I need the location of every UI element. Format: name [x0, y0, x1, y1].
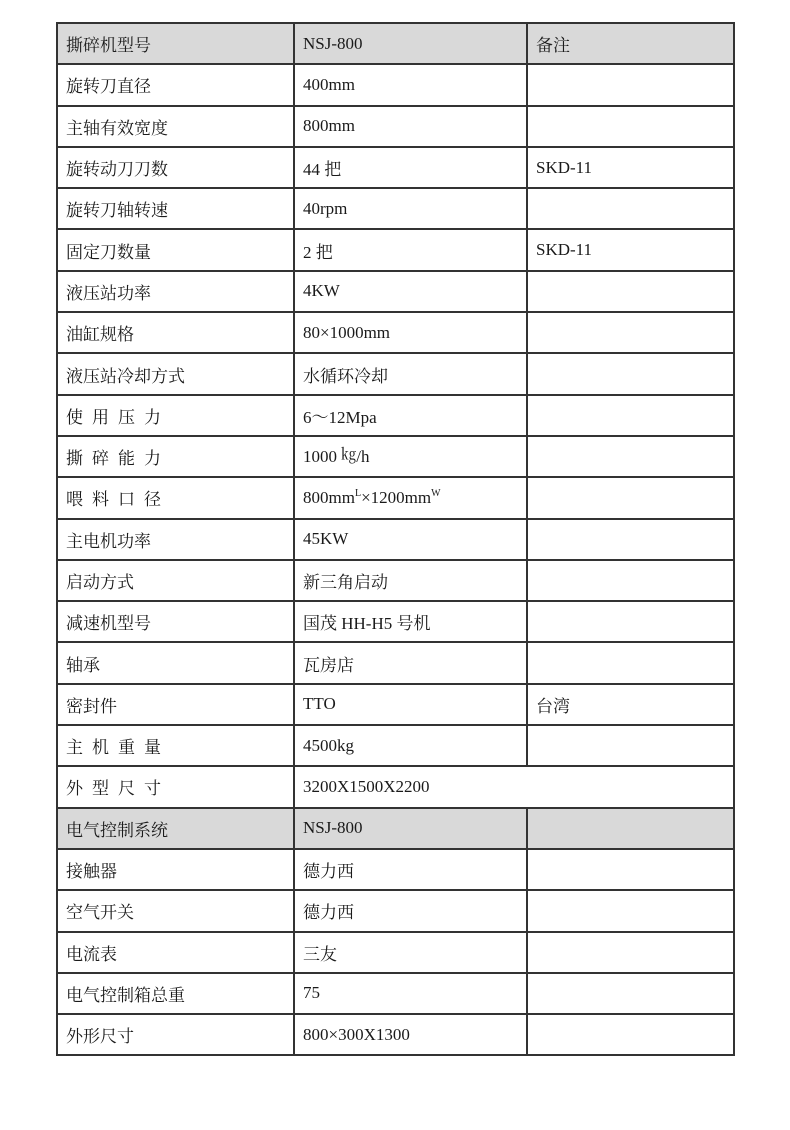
table-row: 启动方式 新三角启动: [57, 560, 734, 601]
row-value: 2 把: [294, 229, 527, 270]
row-note: [527, 849, 734, 890]
table-row: 减速机型号 国茂 HH-H5 号机: [57, 601, 734, 642]
row-value: 4500kg: [294, 725, 527, 766]
table-row: 旋转动刀刀数 44 把 SKD-11: [57, 147, 734, 188]
row-value: 40rpm: [294, 188, 527, 229]
row-note: [527, 353, 734, 394]
row-value: 1000 ㎏/h: [294, 436, 527, 477]
row-value: 6～12Mpa: [294, 395, 527, 436]
table-row: 旋转刀直径 400mm: [57, 64, 734, 105]
table-row: 液压站功率 4KW: [57, 271, 734, 312]
row-value: 德力西: [294, 849, 527, 890]
row-note: SKD-11: [527, 229, 734, 270]
row-value: 800mmL×1200mmW: [294, 477, 527, 518]
row-value: 80×1000mm: [294, 312, 527, 353]
row-value: 75: [294, 973, 527, 1014]
table-row: 电流表 三友: [57, 932, 734, 973]
header-label-cell: 撕碎机型号: [57, 23, 294, 64]
row-note: 台湾: [527, 684, 734, 725]
row-value: 800mm: [294, 106, 527, 147]
table-row: 轴承 瓦房店: [57, 642, 734, 683]
row-label: 电气控制箱总重: [57, 973, 294, 1014]
row-note: [527, 436, 734, 477]
table-row: 密封件 TTO 台湾: [57, 684, 734, 725]
capacity-number: 1000: [303, 447, 341, 466]
table-row: 固定刀数量 2 把 SKD-11: [57, 229, 734, 270]
row-note: [527, 312, 734, 353]
row-note: [527, 932, 734, 973]
row-value: 新三角启动: [294, 560, 527, 601]
row-value: 三友: [294, 932, 527, 973]
feed-length: 800mm: [303, 488, 355, 507]
row-label: 电流表: [57, 932, 294, 973]
row-label: 旋转动刀刀数: [57, 147, 294, 188]
feed-width: ×1200mm: [361, 488, 431, 507]
row-value: 4KW: [294, 271, 527, 312]
row-label: 主电机功率: [57, 519, 294, 560]
table-row: 油缸规格 80×1000mm: [57, 312, 734, 353]
row-label: 固定刀数量: [57, 229, 294, 270]
table-row: 电气控制箱总重 75: [57, 973, 734, 1014]
row-note: [527, 271, 734, 312]
row-value: 800×300X1300: [294, 1014, 527, 1055]
row-value: TTO: [294, 684, 527, 725]
row-label: 使用压力: [57, 395, 294, 436]
table-row: 喂料口径 800mmL×1200mmW: [57, 477, 734, 518]
row-label: 减速机型号: [57, 601, 294, 642]
row-note: [527, 973, 734, 1014]
row-note: [527, 477, 734, 518]
row-value: 44 把: [294, 147, 527, 188]
row-note: [527, 106, 734, 147]
table-row: 旋转刀轴转速 40rpm: [57, 188, 734, 229]
row-label: 撕碎能力: [57, 436, 294, 477]
row-note: [527, 64, 734, 105]
row-label: 密封件: [57, 684, 294, 725]
row-label: 启动方式: [57, 560, 294, 601]
table-row: 撕碎能力 1000 ㎏/h: [57, 436, 734, 477]
row-label: 外形尺寸: [57, 1014, 294, 1055]
row-note: [527, 725, 734, 766]
row-note: [527, 1014, 734, 1055]
row-label: 液压站冷却方式: [57, 353, 294, 394]
table-row: 接触器 德力西: [57, 849, 734, 890]
row-note: [527, 890, 734, 931]
electrical-header-row: 电气控制系统 NSJ-800: [57, 808, 734, 849]
row-label: 旋转刀轴转速: [57, 188, 294, 229]
table-row: 空气开关 德力西: [57, 890, 734, 931]
capacity-suffix: /h: [356, 447, 369, 466]
row-note: [527, 601, 734, 642]
row-label: 液压站功率: [57, 271, 294, 312]
table-row: 主电机功率 45KW: [57, 519, 734, 560]
row-label: 空气开关: [57, 890, 294, 931]
table-row: 主轴有效宽度 800mm: [57, 106, 734, 147]
row-note: [527, 560, 734, 601]
table-row: 外型尺寸 3200X1500X2200: [57, 766, 734, 807]
row-note: [527, 642, 734, 683]
row-value: 水循环冷却: [294, 353, 527, 394]
table-row: 液压站冷却方式 水循环冷却: [57, 353, 734, 394]
row-label: 主轴有效宽度: [57, 106, 294, 147]
table-header-row: 撕碎机型号 NSJ-800 备注: [57, 23, 734, 64]
electrical-header-label: 电气控制系统: [57, 808, 294, 849]
table-row: 外形尺寸 800×300X1300: [57, 1014, 734, 1055]
capacity-unit: ㎏: [341, 447, 356, 463]
electrical-header-model: NSJ-800: [294, 808, 527, 849]
row-note: SKD-11: [527, 147, 734, 188]
row-value: 400mm: [294, 64, 527, 105]
row-label: 外型尺寸: [57, 766, 294, 807]
row-value: 德力西: [294, 890, 527, 931]
row-note: [527, 188, 734, 229]
header-note-cell: 备注: [527, 23, 734, 64]
table-row: 使用压力 6～12Mpa: [57, 395, 734, 436]
feed-width-sup: W: [431, 488, 440, 499]
row-note: [527, 519, 734, 560]
row-label: 喂料口径: [57, 477, 294, 518]
row-label: 旋转刀直径: [57, 64, 294, 105]
row-value: 国茂 HH-H5 号机: [294, 601, 527, 642]
electrical-header-note: [527, 808, 734, 849]
row-label: 主机重量: [57, 725, 294, 766]
spec-table: 撕碎机型号 NSJ-800 备注 旋转刀直径 400mm 主轴有效宽度 800m…: [56, 22, 735, 1056]
row-note: [527, 395, 734, 436]
row-value: 45KW: [294, 519, 527, 560]
row-value: 瓦房店: [294, 642, 527, 683]
row-label: 接触器: [57, 849, 294, 890]
row-label: 油缸规格: [57, 312, 294, 353]
table-row: 主机重量 4500kg: [57, 725, 734, 766]
row-label: 轴承: [57, 642, 294, 683]
header-model-cell: NSJ-800: [294, 23, 527, 64]
row-value-merged: 3200X1500X2200: [294, 766, 734, 807]
